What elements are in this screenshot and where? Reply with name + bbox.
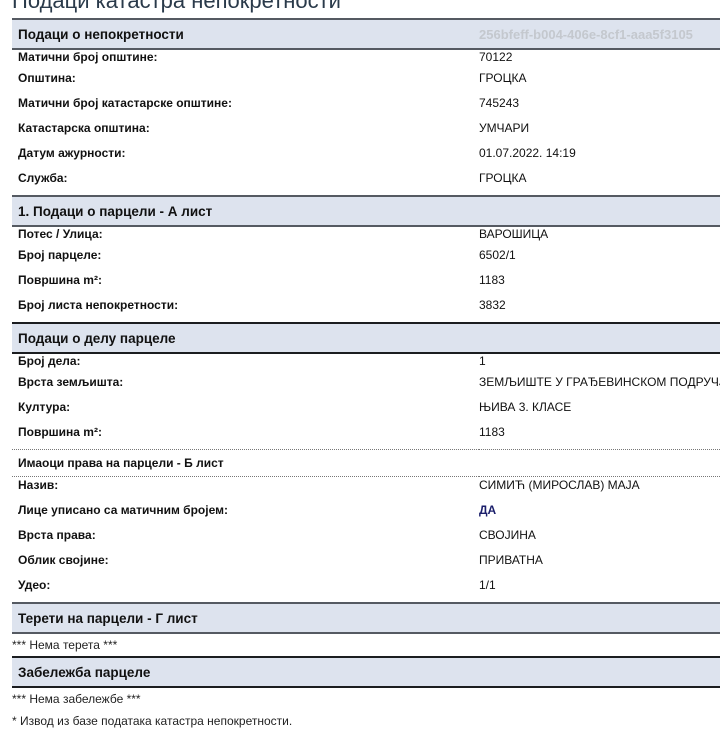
section-header-parcel-part: Подаци о делу парцеле: [12, 323, 720, 353]
field-label: Датум ажурности:: [12, 145, 479, 170]
table-row: Датум ажурности: 01.07.2022. 14:19: [12, 145, 720, 170]
section-title: Подаци о делу парцеле: [12, 323, 479, 353]
field-value: 745243: [479, 95, 720, 120]
table-row: Служба: ГРОЦКА: [12, 170, 720, 196]
field-value: 70122: [479, 49, 720, 70]
field-value: СВОЈИНА: [479, 527, 720, 552]
table-row: Култура: ЊИВА 3. КЛАСЕ: [12, 399, 720, 424]
section-title: Забележба парцеле: [12, 657, 479, 687]
field-value: УМЧАРИ: [479, 120, 720, 145]
table-row: Површина m²: 1183: [12, 272, 720, 297]
field-value: 1183: [479, 272, 720, 297]
field-label: Матични број општине:: [12, 49, 479, 70]
field-label: Матични број катастарске општине:: [12, 95, 479, 120]
table-row: Матични број катастарске општине: 745243: [12, 95, 720, 120]
field-value: ВАРОШИЦА: [479, 226, 720, 247]
field-label: Површина m²:: [12, 424, 479, 450]
field-value: СИМИЋ (МИРОСЛАВ) МАЈА: [479, 477, 720, 503]
field-label: Назив:: [12, 477, 479, 503]
table-row: Лице уписано са матичним бројем: ДА: [12, 502, 720, 527]
field-value: 3832: [479, 297, 720, 323]
section-header-parcel: 1. Подаци о парцели - А лист: [12, 196, 720, 226]
field-value: 6502/1: [479, 247, 720, 272]
field-label: Облик својине:: [12, 552, 479, 577]
field-value: 01.07.2022. 14:19: [479, 145, 720, 170]
footer-note: * Извод из базе података катастра непокр…: [12, 714, 292, 728]
section-header-encumbrances: Терети на парцели - Г лист: [12, 603, 720, 633]
page-title: Подаци катастра непокретности: [12, 0, 341, 14]
table-row: Удео: 1/1: [12, 577, 720, 603]
table-row: Потес / Улица: ВАРОШИЦА: [12, 226, 720, 247]
section-title: Терети на парцели - Г лист: [12, 603, 479, 633]
property-table: Подаци о непокретности 256bfeff-b004-406…: [12, 18, 720, 732]
property-id: 256bfeff-b004-406e-8cf1-aaa5f3105: [479, 19, 720, 49]
section-header-remarks: Забележба парцеле: [12, 657, 720, 687]
remarks-note: *** Нема забележбе ***: [12, 692, 141, 706]
table-row: Врста земљишта: ЗЕМЉИШТЕ У ГРАЂЕВИНСКОМ …: [12, 374, 720, 399]
table-row: Катастарска општина: УМЧАРИ: [12, 120, 720, 145]
field-value: ЊИВА 3. КЛАСЕ: [479, 399, 720, 424]
table-row: Врста права: СВОЈИНА: [12, 527, 720, 552]
field-value: ГРОЦКА: [479, 170, 720, 196]
field-label: Удео:: [12, 577, 479, 603]
field-label: Број парцеле:: [12, 247, 479, 272]
table-row: Број листа непокретности: 3832: [12, 297, 720, 323]
field-label: Површина m²:: [12, 272, 479, 297]
field-value: 1: [479, 353, 720, 374]
table-row: * Извод из базе података катастра непокр…: [12, 710, 720, 732]
table-row: Површина m²: 1183: [12, 424, 720, 450]
field-label: Лице уписано са матичним бројем:: [12, 502, 479, 527]
encumbrances-note: *** Нема терета ***: [12, 638, 117, 652]
table-row: *** Нема терета ***: [12, 633, 720, 657]
field-label: Врста права:: [12, 527, 479, 552]
table-row: Општина: ГРОЦКА: [12, 70, 720, 95]
field-label: Број листа непокретности:: [12, 297, 479, 323]
field-label: Број дела:: [12, 353, 479, 374]
section-title: Подаци о непокретности: [12, 19, 479, 49]
table-row: Матични број општине: 70122: [12, 49, 720, 70]
registered-id-flag: ДА: [479, 503, 496, 517]
field-label: Катастарска општина:: [12, 120, 479, 145]
field-value: ЗЕМЉИШТЕ У ГРАЂЕВИНСКОМ ПОДРУЧЈУ: [479, 374, 720, 399]
field-label: Потес / Улица:: [12, 226, 479, 247]
field-value: ГРОЦКА: [479, 70, 720, 95]
section-header-owners: Имаоци права на парцели - Б лист: [12, 450, 720, 477]
table-row: *** Нема забележбе ***: [12, 687, 720, 710]
table-row: Облик својине: ПРИВАТНА: [12, 552, 720, 577]
field-label: Општина:: [12, 70, 479, 95]
field-label: Врста земљишта:: [12, 374, 479, 399]
section-title: Имаоци права на парцели - Б лист: [12, 450, 479, 477]
field-value: 1/1: [479, 577, 720, 603]
field-label: Култура:: [12, 399, 479, 424]
field-value: ПРИВАТНА: [479, 552, 720, 577]
field-label: Служба:: [12, 170, 479, 196]
field-value: 1183: [479, 424, 720, 450]
table-row: Број дела: 1: [12, 353, 720, 374]
section-title: 1. Подаци о парцели - А лист: [12, 196, 479, 226]
table-row: Назив: СИМИЋ (МИРОСЛАВ) МАЈА: [12, 477, 720, 503]
section-header-property: Подаци о непокретности 256bfeff-b004-406…: [12, 19, 720, 49]
cadastre-report: Подаци о непокретности 256bfeff-b004-406…: [12, 18, 720, 732]
table-row: Број парцеле: 6502/1: [12, 247, 720, 272]
